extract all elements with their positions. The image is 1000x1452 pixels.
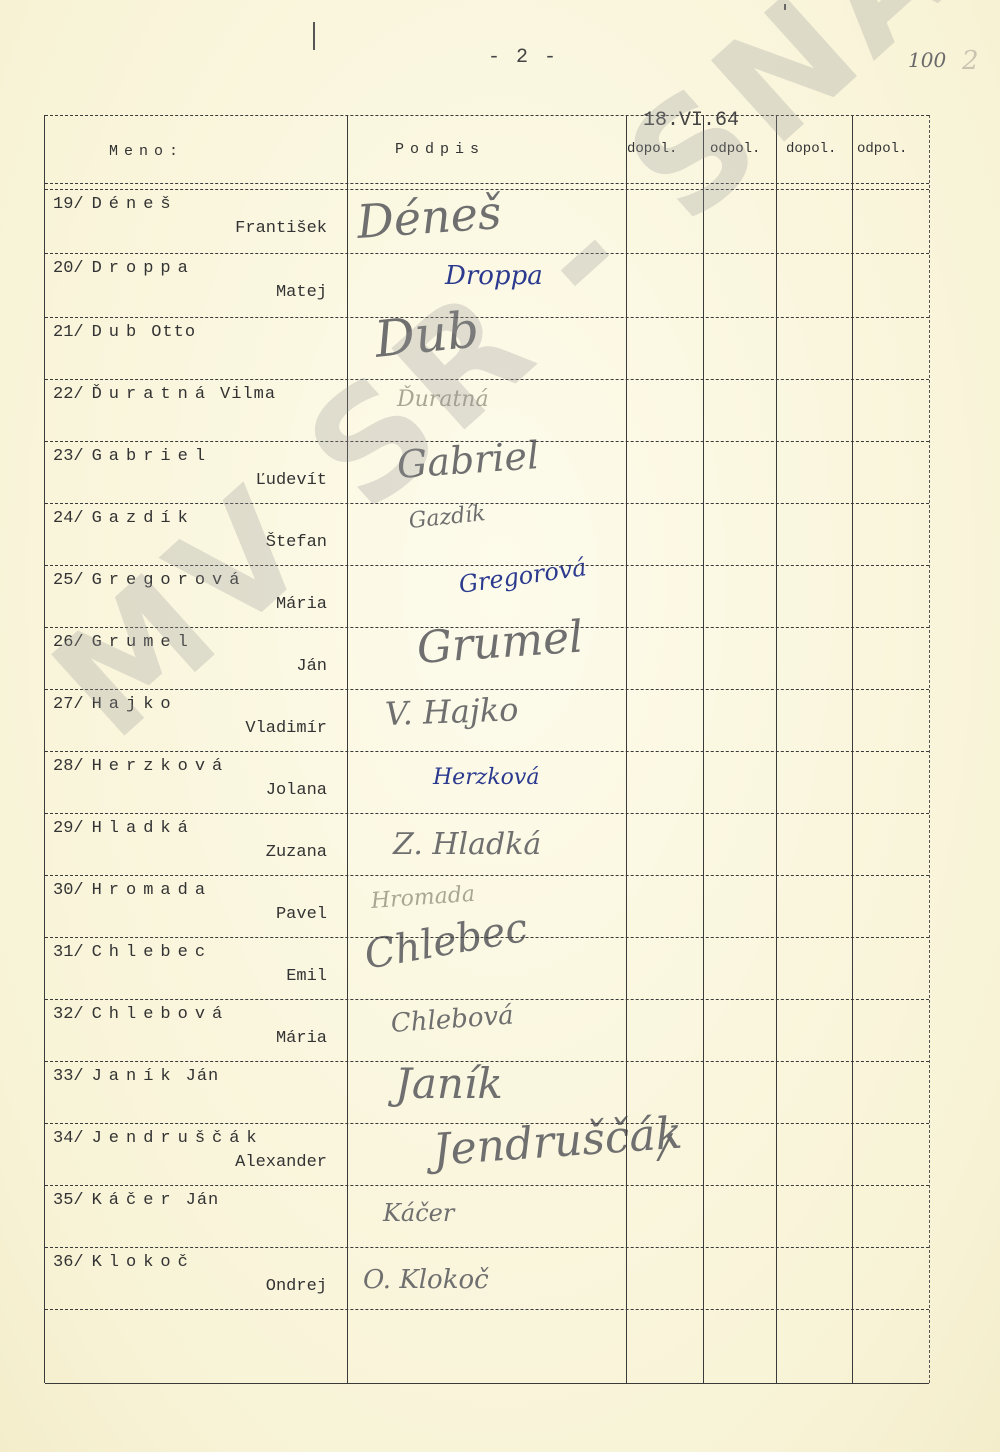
- signature: Káčer: [383, 1199, 454, 1227]
- firstname-text: Vilma: [220, 385, 276, 404]
- surname-text: Gabriel: [92, 447, 212, 466]
- table-rule: [45, 503, 929, 504]
- table-row: Emil31/Chlebec: [45, 937, 347, 999]
- table-row: Štefan24/Gazdík: [45, 503, 347, 565]
- firstname-text: Ondrej: [266, 1277, 327, 1296]
- row-number: 19/: [53, 195, 84, 214]
- table-row: František19/Déneš: [45, 189, 347, 251]
- row-surname: 24/Gazdík: [53, 509, 195, 528]
- table-rule: [45, 937, 929, 938]
- row-number: 25/: [53, 571, 84, 590]
- table-column-rule: [852, 115, 853, 1383]
- surname-text: Herzková: [92, 757, 230, 776]
- signature: Hromada: [370, 882, 476, 914]
- firstname-text: Ľudevít: [256, 471, 327, 490]
- firstname-text: Emil: [286, 967, 327, 986]
- signature: Z. Hladká: [393, 827, 541, 862]
- table-row: Ondrej36/Klokoč: [45, 1247, 347, 1309]
- row-number: 33/: [53, 1067, 84, 1086]
- signature: Chlebec: [361, 905, 531, 979]
- row-number: 28/: [53, 757, 84, 776]
- header-session-4: odpol.: [857, 141, 907, 157]
- paper-mark: [313, 22, 315, 50]
- attendance-table: Meno: Podpis 18.VI.64 dopol. odpol. dopo…: [44, 115, 930, 1383]
- row-surname: 31/Chlebec: [53, 943, 212, 962]
- row-surname: 19/Déneš: [53, 195, 178, 214]
- surname-text: Hladká: [92, 819, 195, 838]
- row-number: 30/: [53, 881, 84, 900]
- firstname-text: Matej: [276, 283, 327, 302]
- signature: Janík: [395, 1059, 503, 1108]
- folio-number: 100: [908, 48, 946, 72]
- row-surname: 25/Gregorová: [53, 571, 246, 590]
- table-rule: [45, 999, 929, 1000]
- firstname-text: František: [235, 219, 327, 238]
- table-row: 22/ĎuratnáVilma: [45, 379, 347, 441]
- row-number: 20/: [53, 259, 84, 278]
- row-surname: 32/Chlebová: [53, 1005, 229, 1024]
- table-row: Alexander34/Jendruščák: [45, 1123, 347, 1185]
- table-rule: [45, 379, 929, 380]
- surname-text: Ďuratná: [92, 385, 212, 404]
- row-number: 32/: [53, 1005, 84, 1024]
- signature: Chlebová: [390, 1000, 515, 1038]
- surname-text: Dub: [92, 323, 144, 342]
- row-surname: 21/DubOtto: [53, 323, 196, 342]
- table-rule: [45, 627, 929, 628]
- table-column-rule: [626, 115, 627, 1383]
- signature: O. Klokoč: [363, 1265, 489, 1295]
- table-rule: [45, 317, 929, 318]
- row-number: 34/: [53, 1129, 84, 1148]
- firstname-text: Zuzana: [266, 843, 327, 862]
- firstname-text: Mária: [276, 1029, 327, 1048]
- row-number: 26/: [53, 633, 84, 652]
- surname-text: Klokoč: [92, 1253, 195, 1272]
- header-date: 18.VI.64: [643, 109, 739, 132]
- surname-text: Janík: [92, 1067, 178, 1086]
- firstname-text: Vladimír: [245, 719, 327, 738]
- signature: Gregorová: [457, 553, 588, 599]
- surname-text: Gazdík: [92, 509, 195, 528]
- table-row: Pavel30/Hromada: [45, 875, 347, 937]
- row-number: 31/: [53, 943, 84, 962]
- row-surname: 29/Hladká: [53, 819, 195, 838]
- table-rule: [45, 441, 929, 442]
- table-rule: [45, 183, 929, 184]
- surname-text: Gregorová: [92, 571, 247, 590]
- table-rule: [45, 689, 929, 690]
- row-surname: 27/Hajko: [53, 695, 178, 714]
- table-row: Matej20/Droppa: [45, 253, 347, 315]
- table-row: Vladimír27/Hajko: [45, 689, 347, 751]
- surname-text: Chlebec: [92, 943, 212, 962]
- signature: Herzková: [433, 765, 539, 790]
- surname-text: Jendruščák: [92, 1129, 264, 1148]
- signature: Grumel: [415, 611, 585, 673]
- signature: Dub: [372, 300, 482, 369]
- paper-mark: [784, 4, 786, 10]
- page-number: - 2 -: [488, 46, 558, 69]
- row-surname: 33/JaníkJán: [53, 1067, 219, 1086]
- signature: Déneš: [355, 185, 503, 249]
- header-signature: Podpis: [395, 141, 485, 158]
- firstname-text: Ján: [186, 1067, 220, 1086]
- folio-suffix: 2: [962, 46, 979, 76]
- firstname-text: Ján: [186, 1191, 220, 1210]
- header-name: Meno:: [109, 143, 184, 160]
- table-row: Jolana28/Herzková: [45, 751, 347, 813]
- firstname-text: Štefan: [266, 533, 327, 552]
- table-row: 33/JaníkJán: [45, 1061, 347, 1123]
- signature: Ďuratná: [397, 387, 489, 412]
- table-row: Mária32/Chlebová: [45, 999, 347, 1061]
- firstname-text: Ján: [296, 657, 327, 676]
- signature: V. Hajko: [384, 690, 519, 733]
- firstname-text: Mária: [276, 595, 327, 614]
- row-number: 23/: [53, 447, 84, 466]
- surname-text: Déneš: [92, 195, 178, 214]
- table-rule: [45, 1247, 929, 1248]
- table-rule: [45, 875, 929, 876]
- table-column-rule: [347, 115, 348, 1383]
- table-rule: [45, 1123, 929, 1124]
- surname-text: Chlebová: [92, 1005, 230, 1024]
- signature: Gazdík: [408, 501, 487, 534]
- header-session-2: odpol.: [710, 141, 760, 157]
- table-column-rule: [776, 115, 777, 1383]
- row-number: 22/: [53, 385, 84, 404]
- row-surname: 35/KáčerJán: [53, 1191, 219, 1210]
- table-row: Ľudevít23/Gabriel: [45, 441, 347, 503]
- table-rule: [45, 1309, 929, 1310]
- attendance-mark: /: [659, 1127, 670, 1167]
- table-column-rule: [703, 115, 704, 1383]
- header-session-3: dopol.: [786, 141, 836, 157]
- surname-text: Hromada: [92, 881, 212, 900]
- header-session-1: dopol.: [627, 141, 677, 157]
- surname-text: Grumel: [92, 633, 195, 652]
- row-number: 35/: [53, 1191, 84, 1210]
- signature: Droppa: [445, 261, 543, 291]
- signature: Jendruščák: [431, 1108, 684, 1176]
- row-surname: 28/Herzková: [53, 757, 229, 776]
- firstname-text: Jolana: [266, 781, 327, 800]
- surname-text: Droppa: [92, 259, 195, 278]
- table-rule: [45, 565, 929, 566]
- row-surname: 26/Grumel: [53, 633, 195, 652]
- table-row: Mária25/Gregorová: [45, 565, 347, 627]
- table-row: Ján26/Grumel: [45, 627, 347, 689]
- row-number: 36/: [53, 1253, 84, 1272]
- table-row: 21/DubOtto: [45, 317, 347, 379]
- row-surname: 23/Gabriel: [53, 447, 212, 466]
- table-rule: [45, 751, 929, 752]
- row-surname: 20/Droppa: [53, 259, 195, 278]
- table-rule: [45, 1185, 929, 1186]
- row-number: 29/: [53, 819, 84, 838]
- row-surname: 22/ĎuratnáVilma: [53, 385, 276, 404]
- row-number: 21/: [53, 323, 84, 342]
- firstname-text: Otto: [151, 323, 196, 342]
- table-rule: [45, 189, 929, 190]
- row-number: 27/: [53, 695, 84, 714]
- surname-text: Hajko: [92, 695, 178, 714]
- firstname-text: Pavel: [276, 905, 327, 924]
- table-row: Zuzana29/Hladká: [45, 813, 347, 875]
- firstname-text: Alexander: [235, 1153, 327, 1172]
- row-surname: 34/Jendruščák: [53, 1129, 264, 1148]
- table-rule: [45, 115, 929, 116]
- table-rule: [45, 813, 929, 814]
- table-row: 35/KáčerJán: [45, 1185, 347, 1247]
- table-rule: [45, 253, 929, 254]
- row-number: 24/: [53, 509, 84, 528]
- row-surname: 30/Hromada: [53, 881, 212, 900]
- table-rule: [45, 1383, 929, 1384]
- surname-text: Káčer: [92, 1191, 178, 1210]
- table-rule: [45, 1061, 929, 1062]
- row-surname: 36/Klokoč: [53, 1253, 195, 1272]
